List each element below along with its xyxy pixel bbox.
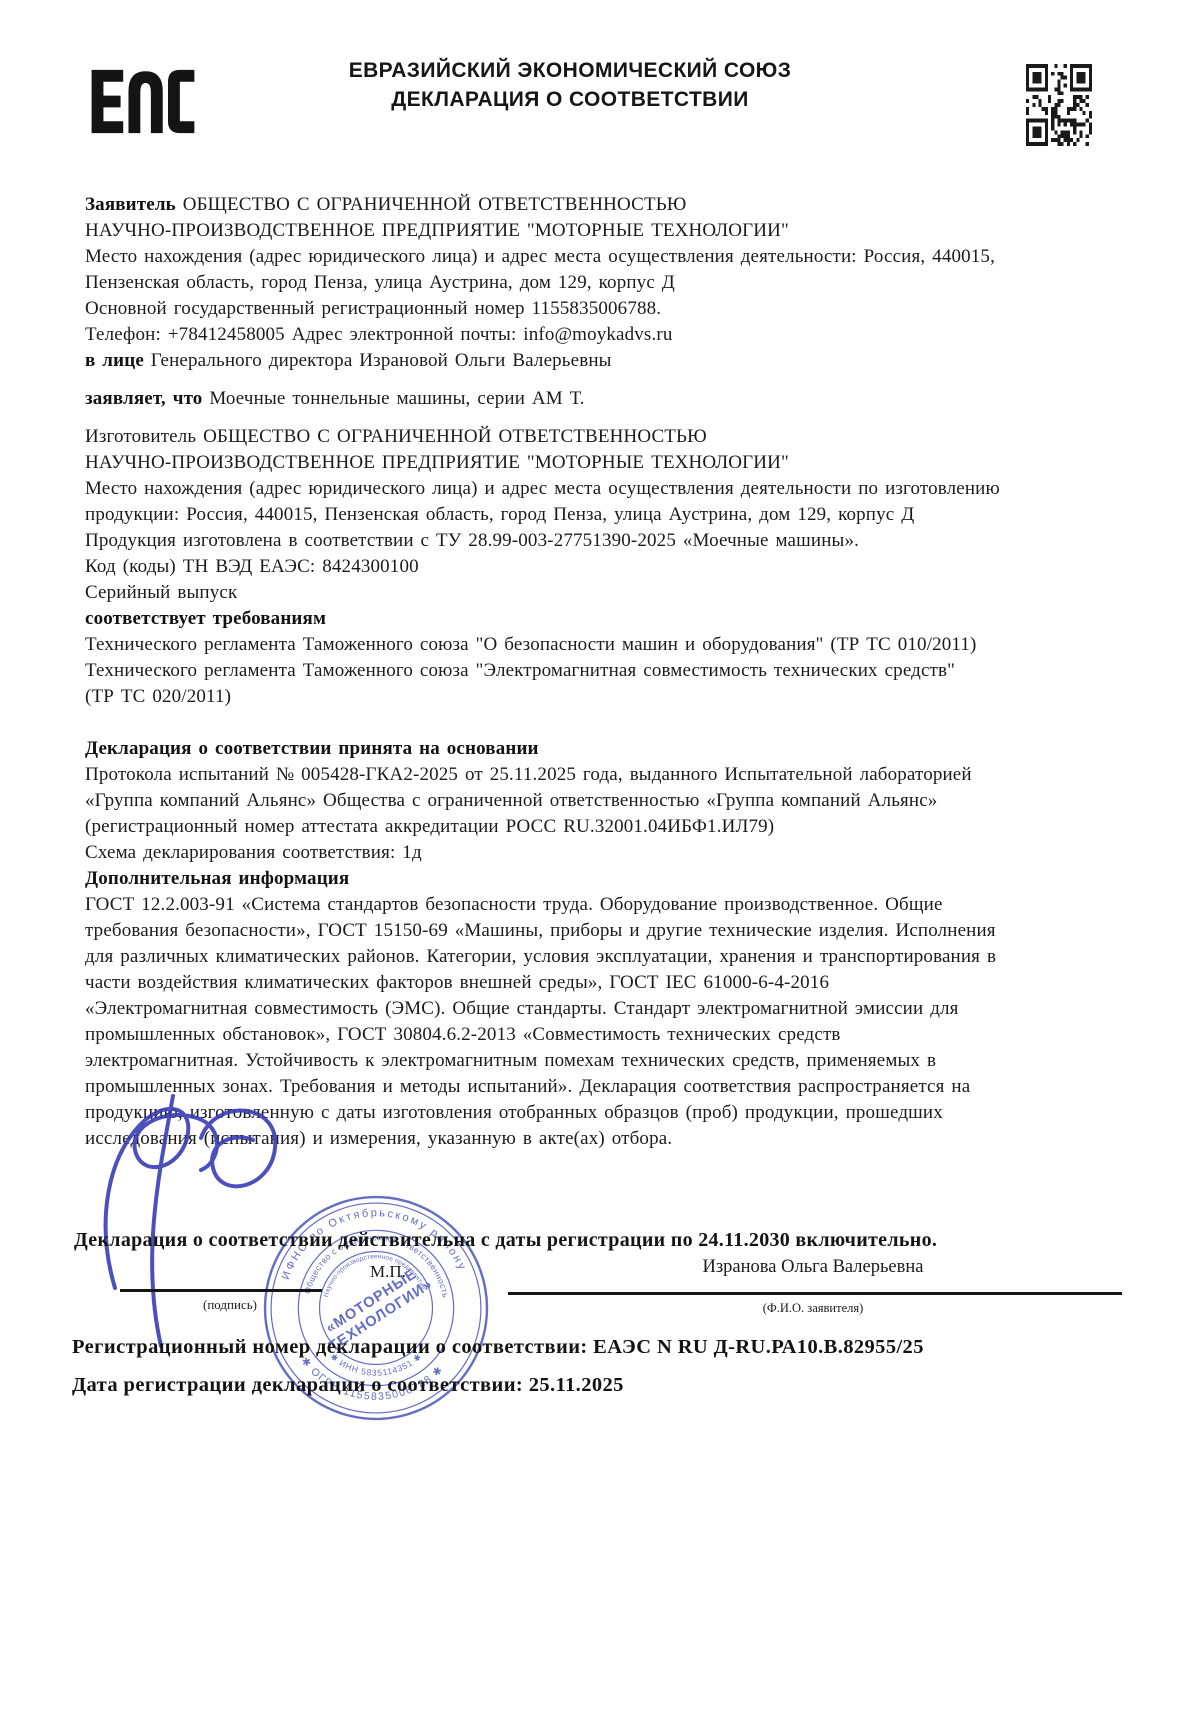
text-line: Изготовитель ОБЩЕСТВО С ОГРАНИЧЕННОЙ ОТВ… [85, 424, 1133, 450]
text-run: (ТР ТС 020/2011) [85, 686, 231, 707]
registration-number-line: Регистрационный номер декларации о соотв… [72, 1336, 924, 1359]
text-line: для различных климатических районов. Кат… [85, 944, 1133, 970]
text-line: электромагнитная. Устойчивость к электро… [85, 1048, 1133, 1074]
eac-logo [85, 54, 197, 149]
text-run: части воздействия климатических факторов… [85, 972, 829, 993]
text-run: Технического регламента Таможенного союз… [85, 634, 977, 655]
text-line: соответствует требованиям [85, 606, 1133, 632]
text-line: Дополнительная информация [85, 866, 1133, 892]
text-line: Код (коды) ТН ВЭД ЕАЭС: 8424300100 [85, 554, 1133, 580]
text-run: Продукция изготовлена в соответствии с Т… [85, 530, 859, 551]
signature-caption: (подпись) [158, 1297, 302, 1313]
text-line: в лице Генерального директора Израновой … [85, 348, 1133, 374]
signature-line [120, 1289, 322, 1292]
text-run: продукции: Россия, 440015, Пензенская об… [85, 504, 914, 525]
declarant-caption: (Ф.И.О. заявителя) [723, 1301, 903, 1316]
qr-code-icon [1026, 64, 1092, 146]
text-line: Место нахождения (адрес юридического лиц… [85, 476, 1133, 502]
text-line: Основной государственный регистрационный… [85, 296, 1133, 322]
text-line: (регистрационный номер аттестата аккреди… [85, 814, 1133, 840]
text-run: Место нахождения (адрес юридического лиц… [85, 246, 995, 267]
text-line: Продукция изготовлена в соответствии с Т… [85, 528, 1133, 554]
text-run: Место нахождения (адрес юридического лиц… [85, 478, 1000, 499]
text-line: заявляет, что Моечные тоннельные машины,… [85, 386, 1133, 412]
text-line: Технического регламента Таможенного союз… [85, 632, 1133, 658]
text-line: НАУЧНО-ПРОИЗВОДСТВЕННОЕ ПРЕДПРИЯТИЕ "МОТ… [85, 218, 1133, 244]
text-line: Пензенская область, город Пенза, улица А… [85, 270, 1133, 296]
text-line: продукции: Россия, 440015, Пензенская об… [85, 502, 1133, 528]
text-run: Схема декларирования соответствия: 1д [85, 842, 422, 863]
text-line: промышленных обстановок», ГОСТ 30804.6.2… [85, 1022, 1133, 1048]
declarant-name: Изранова Ольга Валерьевна [640, 1257, 986, 1278]
text-run: Основной государственный регистрационный… [85, 298, 661, 319]
text-run: Серийный выпуск [85, 582, 237, 603]
text-run: Телефон: +78412458005 Адрес электронной … [85, 324, 672, 345]
bold-text: в лице [85, 350, 144, 371]
bold-text: Декларация о соответствии принята на осн… [85, 738, 539, 759]
text-line: НАУЧНО-ПРОИЗВОДСТВЕННОЕ ПРЕДПРИЯТИЕ "МОТ… [85, 450, 1133, 476]
text-line: Серийный выпуск [85, 580, 1133, 606]
validity-statement: Декларация о соответствии действительна … [74, 1229, 1134, 1252]
text-line: требования безопасности», ГОСТ 15150-69 … [85, 918, 1133, 944]
declarant-name-line [508, 1292, 1122, 1295]
text-run: «Электромагнитная совместимость (ЭМС). О… [85, 998, 959, 1019]
text-line: Заявитель ОБЩЕСТВО С ОГРАНИЧЕННОЙ ОТВЕТС… [85, 192, 1133, 218]
text-run: НАУЧНО-ПРОИЗВОДСТВЕННОЕ ПРЕДПРИЯТИЕ "МОТ… [85, 452, 789, 473]
declares-block: заявляет, что Моечные тоннельные машины,… [85, 386, 1133, 412]
text-run: для различных климатических районов. Кат… [85, 946, 996, 967]
document-body: Заявитель ОБЩЕСТВО С ОГРАНИЧЕННОЙ ОТВЕТС… [85, 192, 1133, 1152]
text-line: Схема декларирования соответствия: 1д [85, 840, 1133, 866]
text-line: «Электромагнитная совместимость (ЭМС). О… [85, 996, 1133, 1022]
text-run: электромагнитная. Устойчивость к электро… [85, 1050, 936, 1071]
text-run: Генерального директора Израновой Ольги В… [144, 350, 612, 371]
text-run: «Группа компаний Альянс» Общества с огра… [85, 790, 937, 811]
text-line: части воздействия климатических факторов… [85, 970, 1133, 996]
seal-place-label: М.П. [370, 1262, 440, 1282]
text-run: требования безопасности», ГОСТ 15150-69 … [85, 920, 996, 941]
text-line: Протокола испытаний № 005428-ГКА2-2025 о… [85, 762, 1133, 788]
text-run: (регистрационный номер аттестата аккреди… [85, 816, 774, 837]
registration-date-line: Дата регистрации декларации о соответств… [72, 1374, 624, 1397]
bold-text: Дополнительная информация [85, 868, 349, 889]
text-run: НАУЧНО-ПРОИЗВОДСТВЕННОЕ ПРЕДПРИЯТИЕ "МОТ… [85, 220, 789, 241]
text-run: ГОСТ 12.2.003-91 «Система стандартов без… [85, 894, 943, 915]
bold-text: соответствует требованиям [85, 608, 326, 629]
document-title: ЕВРАЗИЙСКИЙ ЭКОНОМИЧЕСКИЙ СОЮЗ ДЕКЛАРАЦИ… [240, 56, 900, 114]
text-line: Декларация о соответствии принята на осн… [85, 736, 1133, 762]
applicant-block: Заявитель ОБЩЕСТВО С ОГРАНИЧЕННОЙ ОТВЕТС… [85, 192, 1133, 374]
text-run: Изготовитель ОБЩЕСТВО С ОГРАНИЧЕННОЙ ОТВ… [85, 426, 707, 447]
bold-text: заявляет, что [85, 388, 202, 409]
text-line: «Группа компаний Альянс» Общества с огра… [85, 788, 1133, 814]
text-line: Телефон: +78412458005 Адрес электронной … [85, 322, 1133, 348]
text-run: Код (коды) ТН ВЭД ЕАЭС: 8424300100 [85, 556, 419, 577]
text-line: ГОСТ 12.2.003-91 «Система стандартов без… [85, 892, 1133, 918]
bold-text: Заявитель [85, 194, 176, 215]
text-line: Технического регламента Таможенного союз… [85, 658, 1133, 684]
title-line-union: ЕВРАЗИЙСКИЙ ЭКОНОМИЧЕСКИЙ СОЮЗ [240, 56, 900, 85]
text-run: промышленных обстановок», ГОСТ 30804.6.2… [85, 1024, 841, 1045]
text-run: ОБЩЕСТВО С ОГРАНИЧЕННОЙ ОТВЕТСТВЕННОСТЬЮ [176, 194, 687, 215]
manufacturer-block: Изготовитель ОБЩЕСТВО С ОГРАНИЧЕННОЙ ОТВ… [85, 424, 1133, 710]
text-run: Протокола испытаний № 005428-ГКА2-2025 о… [85, 764, 972, 785]
text-run: Пензенская область, город Пенза, улица А… [85, 272, 675, 293]
title-line-declaration: ДЕКЛАРАЦИЯ О СООТВЕТСТВИИ [240, 85, 900, 114]
text-line: Место нахождения (адрес юридического лиц… [85, 244, 1133, 270]
text-run: Моечные тоннельные машины, серии АМ Т. [202, 388, 584, 409]
declaration-document-page: ЕВРАЗИЙСКИЙ ЭКОНОМИЧЕСКИЙ СОЮЗ ДЕКЛАРАЦИ… [0, 0, 1200, 1714]
text-run: Технического регламента Таможенного союз… [85, 660, 955, 681]
text-line: (ТР ТС 020/2011) [85, 684, 1133, 710]
